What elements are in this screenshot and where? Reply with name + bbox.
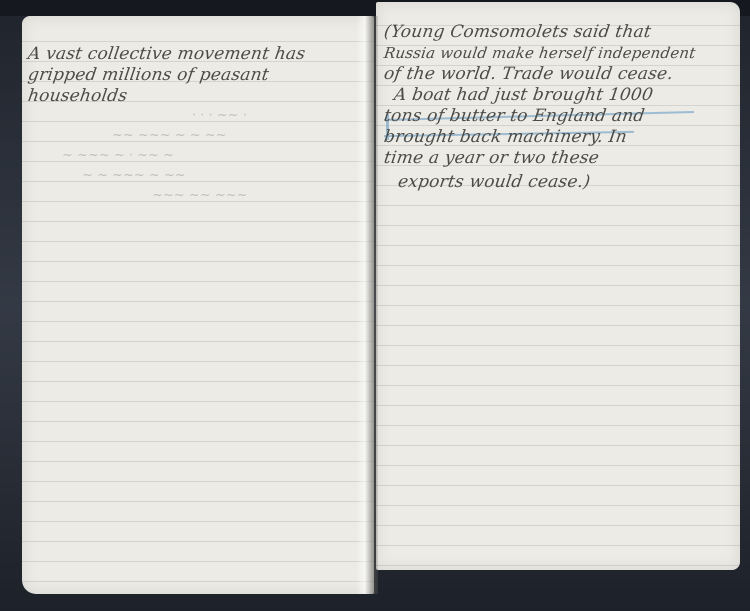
right-handwritten-line: (Young Comsomolets said that <box>383 22 653 43</box>
left-handwritten-line: A vast collective movement has <box>27 44 307 65</box>
bleed-through-text: ~~~ ~~ ~~~ <box>152 186 247 206</box>
right-handwritten-line: A boat had just brought 1000 <box>393 85 655 106</box>
left-page: A vast collective movement has gripped m… <box>22 16 374 594</box>
right-page: (Young Comsomolets said that Russia woul… <box>376 2 740 570</box>
right-handwritten-line: tons of butter to England and <box>383 106 646 127</box>
right-handwritten-line: brought back machinery. In <box>383 127 629 148</box>
right-handwritten-line: exports would cease.) <box>397 172 592 193</box>
notebook-spine-gutter <box>356 16 378 594</box>
left-handwritten-line: gripped millions of peasant <box>27 65 271 86</box>
bleed-through-text: ~ ~~~ ~ · ~~ ~ <box>62 146 174 166</box>
bleed-through-text: ~ ~ ~~~ ~ ~~ <box>82 166 186 186</box>
bleed-through-text: · · · ~~ · <box>192 106 247 126</box>
right-handwritten-line: time a year or two these <box>383 148 601 169</box>
right-handwritten-line: Russia would make herself independent <box>383 43 697 64</box>
bleed-through-text: ~~ ~~~ ~ ~ ~~ <box>112 126 227 146</box>
left-handwritten-line: households <box>27 86 129 107</box>
right-handwritten-line: of the world. Trade would cease. <box>383 64 675 85</box>
